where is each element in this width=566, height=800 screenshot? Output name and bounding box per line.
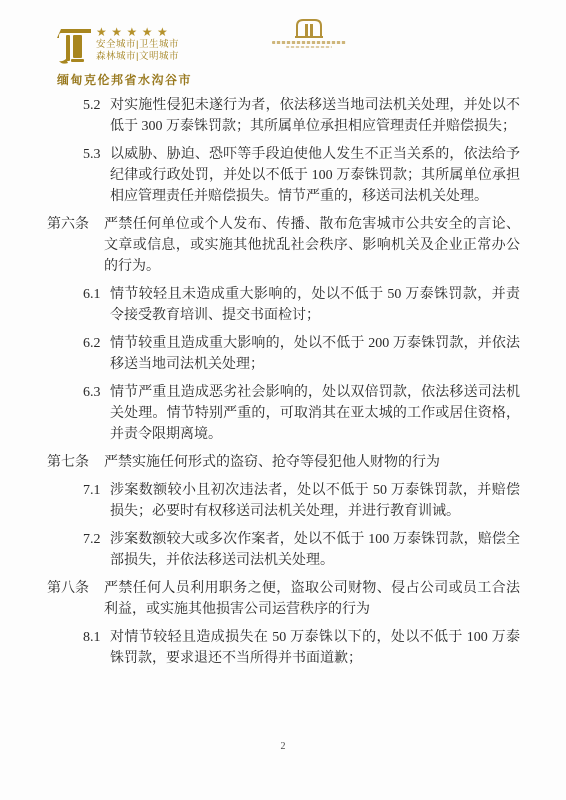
pillar-emblem-icon (57, 26, 91, 68)
page-number: 2 (0, 741, 566, 752)
article-paragraph: 第八条严禁任何人员利用职务之便，盗取公司财物、侵占公司或员工合法利益，或实施其他… (47, 578, 520, 620)
clause-paragraph: 7.2涉案数额较大或多次作案者，处以不低于 100 万泰铢罚款，赔偿全部损失，并… (47, 529, 520, 571)
center-logo (270, 18, 348, 48)
clause-text: 情节较重且造成重大影响的，处以不低于 200 万泰铢罚款，并依法移送当地司法机关… (110, 333, 520, 375)
left-city-badge: ★★★★★ 安全城市|卫生城市 森林城市|文明城市 缅甸克伦邦省水沟谷市 (57, 26, 192, 88)
badge-line-1: 安全城市|卫生城市 (96, 39, 179, 51)
left-badge-top: ★★★★★ 安全城市|卫生城市 森林城市|文明城市 (57, 26, 192, 68)
clause-text: 对实施性侵犯未遂行为者，依法移送当地司法机关处理，并处以不低于 300 万泰铢罚… (110, 95, 520, 137)
article-paragraph: 第七条严禁实施任何形式的盗窃、抢夺等侵犯他人财物的行为 (47, 452, 520, 473)
article-number: 第七条 (47, 452, 104, 473)
center-logo-subcaption-line (286, 46, 332, 48)
clause-number: 5.2 (83, 95, 110, 137)
clause-paragraph: 5.3以威胁、胁迫、恐吓等手段迫使他人发生不正当关系的，依法给予纪律或行政处罚，… (47, 144, 520, 207)
left-badge-texts: ★★★★★ 安全城市|卫生城市 森林城市|文明城市 (96, 26, 179, 62)
clause-paragraph: 6.3情节严重且造成恶劣社会影响的，处以双倍罚款，依法移送司法机关处理。情节特别… (47, 382, 520, 445)
article-text: 严禁任何单位或个人发布、传播、散布危害城市公共安全的言论、文章或信息，或实施其他… (104, 214, 520, 277)
clause-paragraph: 7.1涉案数额较小且初次违法者，处以不低于 50 万泰铢罚款，并赔偿损失；必要时… (47, 480, 520, 522)
clause-text: 涉案数额较大或多次作案者，处以不低于 100 万泰铢罚款，赔偿全部损失，并依法移… (110, 529, 520, 571)
clause-number: 5.3 (83, 144, 110, 207)
clause-number: 8.1 (83, 627, 110, 669)
document-page: ★★★★★ 安全城市|卫生城市 森林城市|文明城市 缅甸克伦邦省水沟谷市 (0, 0, 566, 800)
article-number: 第八条 (47, 578, 104, 620)
clause-text: 情节严重且造成恶劣社会影响的，处以双倍罚款，依法移送司法机关处理。情节特别严重的… (110, 382, 520, 445)
badge-city-name: 缅甸克伦邦省水沟谷市 (57, 71, 192, 88)
arch-emblem-icon (294, 18, 324, 38)
clause-number: 6.1 (83, 284, 110, 326)
clause-text: 以威胁、胁迫、恐吓等手段迫使他人发生不正当关系的，依法给予纪律或行政处罚，并处以… (110, 144, 520, 207)
clause-number: 6.3 (83, 382, 110, 445)
clause-text: 涉案数额较小且初次违法者，处以不低于 50 万泰铢罚款，并赔偿损失；必要时有权移… (110, 480, 520, 522)
clause-text: 对情节较轻且造成损失在 50 万泰铢以下的，处以不低于 100 万泰铢罚款，要求… (110, 627, 520, 669)
badge-line-2: 森林城市|文明城市 (96, 51, 179, 63)
clause-paragraph: 8.1对情节较轻且造成损失在 50 万泰铢以下的，处以不低于 100 万泰铢罚款… (47, 627, 520, 669)
clause-paragraph: 6.2情节较重且造成重大影响的，处以不低于 200 万泰铢罚款，并依法移送当地司… (47, 333, 520, 375)
document-paragraphs: 5.2对实施性侵犯未遂行为者，依法移送当地司法机关处理，并处以不低于 300 万… (47, 95, 520, 676)
article-text: 严禁任何人员利用职务之便，盗取公司财物、侵占公司或员工合法利益，或实施其他损害公… (104, 578, 520, 620)
clause-number: 7.1 (83, 480, 110, 522)
clause-paragraph: 6.1情节较轻且未造成重大影响的，处以不低于 50 万泰铢罚款，并责令接受教育培… (47, 284, 520, 326)
article-paragraph: 第六条严禁任何单位或个人发布、传播、散布危害城市公共安全的言论、文章或信息，或实… (47, 214, 520, 277)
clause-text: 情节较轻且未造成重大影响的，处以不低于 50 万泰铢罚款，并责令接受教育培训、提… (110, 284, 520, 326)
center-logo-caption-line (272, 41, 346, 44)
clause-number: 6.2 (83, 333, 110, 375)
article-number: 第六条 (47, 214, 104, 277)
clause-number: 7.2 (83, 529, 110, 571)
article-text: 严禁实施任何形式的盗窃、抢夺等侵犯他人财物的行为 (104, 452, 520, 473)
clause-paragraph: 5.2对实施性侵犯未遂行为者，依法移送当地司法机关处理，并处以不低于 300 万… (47, 95, 520, 137)
five-stars-icon: ★★★★★ (96, 26, 179, 39)
